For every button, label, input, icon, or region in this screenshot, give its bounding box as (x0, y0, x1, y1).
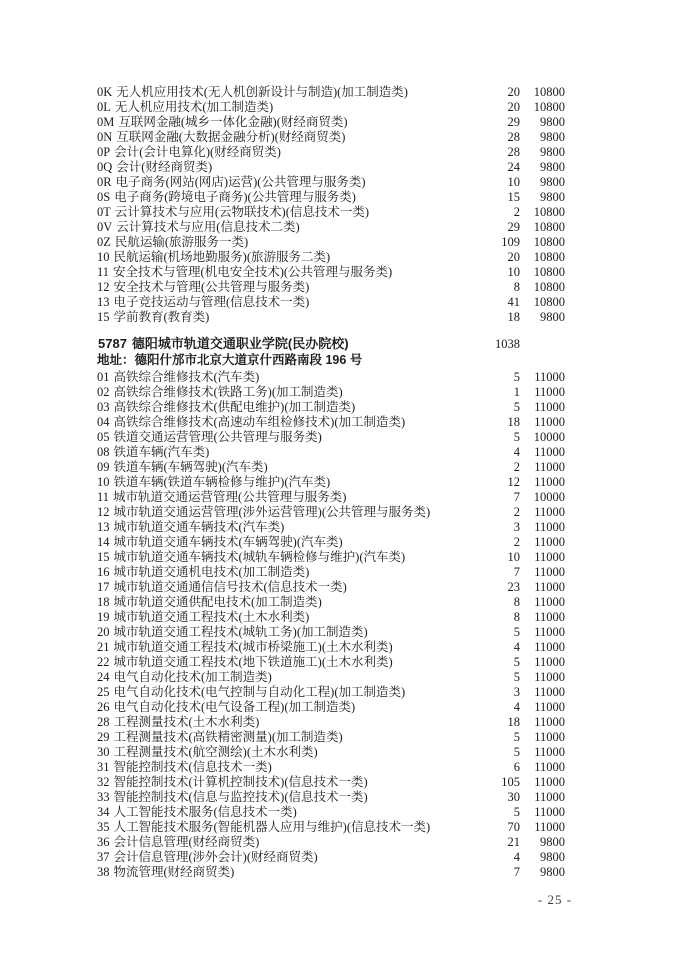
program-name: 工程测量技术(航空测绘)(土木水利类) (114, 745, 318, 759)
program-row: 0S电子商务(跨境电子商务)(公共管理与服务类) 15 9800 (0, 190, 680, 205)
program-row: 12安全技术与管理(公共管理与服务类) 8 10800 (0, 280, 680, 295)
program-code: 31 (97, 760, 110, 774)
program-list-continued: 0K无人机应用技术(无人机创新设计与制造)(加工制造类) 20 10800 0L… (0, 85, 680, 325)
program-code: 11 (97, 490, 109, 504)
program-code: 33 (97, 790, 110, 804)
program-list-school: 01高铁综合维修技术(汽车类) 5 11000 02高铁综合维修技术(铁路工务)… (0, 370, 680, 880)
program-label: 35人工智能技术服务(智能机器人应用与维护)(信息技术一类) (97, 820, 430, 835)
program-name: 铁道车辆(铁道车辆检修与维护)(汽车类) (114, 475, 331, 489)
program-fee: 9800 (460, 190, 565, 205)
program-code: 0S (97, 190, 110, 204)
program-name: 城市轨道交通工程技术(地下铁道施工)(土木水利类) (114, 655, 393, 669)
program-fee: 11000 (460, 805, 565, 820)
document-content: 0K无人机应用技术(无人机创新设计与制造)(加工制造类) 20 10800 0L… (0, 85, 680, 880)
program-fee: 11000 (460, 745, 565, 760)
program-row: 08铁道车辆(汽车类) 4 11000 (0, 445, 680, 460)
program-code: 21 (97, 640, 110, 654)
program-row: 26电气自动化技术(电气设备工程)(加工制造类) 4 11000 (0, 700, 680, 715)
program-name: 电子商务(跨境电子商务)(公共管理与服务类) (114, 190, 356, 204)
program-code: 0P (97, 145, 110, 159)
program-code: 05 (97, 430, 110, 444)
program-row: 28工程测量技术(土木水利类) 18 11000 (0, 715, 680, 730)
program-fee: 11000 (460, 370, 565, 385)
program-fee: 9800 (460, 865, 565, 880)
program-label: 12城市轨道交通运营管理(涉外运营管理)(公共管理与服务类) (97, 505, 430, 520)
program-name: 智能控制技术(信息技术一类) (114, 760, 272, 774)
program-row: 0N互联网金融(大数据金融分析)(财经商贸类) 28 9800 (0, 130, 680, 145)
program-fee: 10800 (460, 250, 565, 265)
program-name: 互联网金融(城乡一体化金融)(财经商贸类) (118, 115, 347, 129)
program-fee: 11000 (460, 640, 565, 655)
program-code: 35 (97, 820, 110, 834)
program-code: 25 (97, 685, 110, 699)
program-code: 12 (97, 505, 110, 519)
program-code: 29 (97, 730, 110, 744)
program-name: 城市轨道交通车辆技术(汽车类) (114, 520, 285, 534)
program-label: 0L无人机应用技术(加工制造类) (97, 100, 273, 115)
program-name: 城市轨道交通通信信号技术(信息技术一类) (114, 580, 347, 594)
program-name: 云计算技术与应用(信息技术二类) (116, 220, 299, 234)
program-name: 人工智能技术服务(信息技术一类) (114, 805, 297, 819)
program-code: 15 (97, 310, 110, 324)
program-fee: 10800 (460, 295, 565, 310)
program-code: 0M (97, 115, 114, 129)
program-label: 16城市轨道交通机电技术(加工制造类) (97, 565, 309, 580)
program-name: 人工智能技术服务(智能机器人应用与维护)(信息技术一类) (114, 820, 431, 834)
program-fee: 10800 (460, 280, 565, 295)
program-label: 0K无人机应用技术(无人机创新设计与制造)(加工制造类) (97, 85, 408, 100)
program-row: 17城市轨道交通通信信号技术(信息技术一类) 23 11000 (0, 580, 680, 595)
program-row: 32智能控制技术(计算机控制技术)(信息技术一类) 105 11000 (0, 775, 680, 790)
program-row: 15学前教育(教育类) 18 9800 (0, 310, 680, 325)
program-label: 36会计信息管理(财经商贸类) (97, 835, 259, 850)
program-label: 25电气自动化技术(电气控制与自动化工程)(加工制造类) (97, 685, 405, 700)
program-row: 01高铁综合维修技术(汽车类) 5 11000 (0, 370, 680, 385)
program-label: 30工程测量技术(航空测绘)(土木水利类) (97, 745, 318, 760)
program-fee: 10800 (460, 205, 565, 220)
program-label: 0T云计算技术与应用(云物联技术)(信息技术一类) (97, 205, 369, 220)
program-label: 31智能控制技术(信息技术一类) (97, 760, 272, 775)
program-fee: 11000 (460, 715, 565, 730)
program-name: 铁道交通运营管理(公共管理与服务类) (114, 430, 322, 444)
program-name: 高铁综合维修技术(高速动车组检修技术)(加工制造类) (114, 415, 406, 429)
program-fee: 10000 (460, 430, 565, 445)
program-name: 电子竞技运动与管理(信息技术一类) (114, 295, 310, 309)
program-fee: 10000 (460, 490, 565, 505)
program-name: 高铁综合维修技术(汽车类) (114, 370, 260, 384)
page-number: - 25 - (515, 892, 595, 908)
program-label: 18城市轨道交通供配电技术(加工制造类) (97, 595, 322, 610)
program-row: 37会计信息管理(涉外会计)(财经商贸类) 4 9800 (0, 850, 680, 865)
program-label: 09铁道车辆(车辆驾驶)(汽车类) (97, 460, 268, 475)
program-label: 01高铁综合维修技术(汽车类) (97, 370, 259, 385)
program-name: 安全技术与管理(机电安全技术)(公共管理与服务类) (113, 265, 392, 279)
program-fee: 9800 (460, 310, 565, 325)
school-total-quota: 1038 (420, 336, 520, 352)
program-label: 14城市轨道交通车辆技术(车辆驾驶)(汽车类) (97, 535, 343, 550)
program-code: 30 (97, 745, 110, 759)
program-code: 26 (97, 700, 110, 714)
program-label: 13电子竞技运动与管理(信息技术一类) (97, 295, 309, 310)
program-fee: 10800 (460, 220, 565, 235)
program-fee: 11000 (460, 460, 565, 475)
program-name: 智能控制技术(计算机控制技术)(信息技术一类) (114, 775, 368, 789)
program-name: 城市轨道交通运营管理(公共管理与服务类) (113, 490, 346, 504)
program-name: 无人机应用技术(无人机创新设计与制造)(加工制造类) (116, 85, 408, 99)
program-label: 26电气自动化技术(电气设备工程)(加工制造类) (97, 700, 355, 715)
program-code: 08 (97, 445, 110, 459)
program-row: 11安全技术与管理(机电安全技术)(公共管理与服务类) 10 10800 (0, 265, 680, 280)
program-label: 05铁道交通运营管理(公共管理与服务类) (97, 430, 322, 445)
program-label: 29工程测量技术(高铁精密测量)(加工制造类) (97, 730, 343, 745)
program-code: 0N (97, 130, 112, 144)
program-row: 11城市轨道交通运营管理(公共管理与服务类) 7 10000 (0, 490, 680, 505)
program-row: 10铁道车辆(铁道车辆检修与维护)(汽车类) 12 11000 (0, 475, 680, 490)
program-label: 04高铁综合维修技术(高速动车组检修技术)(加工制造类) (97, 415, 405, 430)
program-name: 城市轨道交通运营管理(涉外运营管理)(公共管理与服务类) (114, 505, 431, 519)
program-name: 学前教育(教育类) (114, 310, 210, 324)
program-code: 11 (97, 265, 109, 279)
program-code: 0T (97, 205, 111, 219)
program-row: 04高铁综合维修技术(高速动车组检修技术)(加工制造类) 18 11000 (0, 415, 680, 430)
program-fee: 9800 (460, 145, 565, 160)
program-code: 13 (97, 295, 110, 309)
program-row: 18城市轨道交通供配电技术(加工制造类) 8 11000 (0, 595, 680, 610)
program-label: 12安全技术与管理(公共管理与服务类) (97, 280, 309, 295)
program-label: 03高铁综合维修技术(供配电维护)(加工制造类) (97, 400, 355, 415)
program-row: 15城市轨道交通车辆技术(城轨车辆检修与维护)(汽车类) 10 11000 (0, 550, 680, 565)
program-fee: 9800 (460, 835, 565, 850)
program-name: 电子商务(网站(网店)运营)(公共管理与服务类) (116, 175, 366, 189)
program-code: 14 (97, 535, 110, 549)
program-code: 04 (97, 415, 110, 429)
program-fee: 9800 (460, 160, 565, 175)
program-row: 24电气自动化技术(加工制造类) 5 11000 (0, 670, 680, 685)
program-code: 10 (97, 475, 110, 489)
program-label: 32智能控制技术(计算机控制技术)(信息技术一类) (97, 775, 368, 790)
program-row: 30工程测量技术(航空测绘)(土木水利类) 5 11000 (0, 745, 680, 760)
program-row: 22城市轨道交通工程技术(地下铁道施工)(土木水利类) 5 11000 (0, 655, 680, 670)
program-code: 20 (97, 625, 110, 639)
program-label: 24电气自动化技术(加工制造类) (97, 670, 272, 685)
program-code: 02 (97, 385, 110, 399)
program-row: 0R电子商务(网站(网店)运营)(公共管理与服务类) 10 9800 (0, 175, 680, 190)
program-row: 35人工智能技术服务(智能机器人应用与维护)(信息技术一类) 70 11000 (0, 820, 680, 835)
program-row: 0L无人机应用技术(加工制造类) 20 10800 (0, 100, 680, 115)
program-code: 09 (97, 460, 110, 474)
program-label: 0N互联网金融(大数据金融分析)(财经商贸类) (97, 130, 345, 145)
program-name: 工程测量技术(土木水利类) (114, 715, 260, 729)
program-row: 16城市轨道交通机电技术(加工制造类) 7 11000 (0, 565, 680, 580)
program-fee: 11000 (460, 475, 565, 490)
school-name: 德阳城市轨道交通职业学院(民办院校) (132, 336, 349, 351)
program-code: 38 (97, 865, 110, 879)
program-fee: 9800 (460, 175, 565, 190)
program-fee: 11000 (460, 760, 565, 775)
school-address-line: 地址：德阳什邡市北京大道京什西路南段 196 号 (0, 352, 680, 368)
program-row: 29工程测量技术(高铁精密测量)(加工制造类) 5 11000 (0, 730, 680, 745)
program-name: 安全技术与管理(公共管理与服务类) (114, 280, 310, 294)
program-name: 云计算技术与应用(云物联技术)(信息技术一类) (115, 205, 369, 219)
program-code: 0L (97, 100, 111, 114)
program-fee: 11000 (460, 580, 565, 595)
program-code: 17 (97, 580, 110, 594)
program-name: 城市轨道交通车辆技术(车辆驾驶)(汽车类) (114, 535, 343, 549)
program-fee: 10800 (460, 100, 565, 115)
program-label: 0S电子商务(跨境电子商务)(公共管理与服务类) (97, 190, 356, 205)
program-row: 0Z民航运输(旅游服务一类) 109 10800 (0, 235, 680, 250)
program-row: 20城市轨道交通工程技术(城轨工务)(加工制造类) 5 11000 (0, 625, 680, 640)
program-code: 16 (97, 565, 110, 579)
program-code: 0V (97, 220, 112, 234)
program-fee: 11000 (460, 685, 565, 700)
program-fee: 11000 (460, 625, 565, 640)
program-code: 0Q (97, 160, 112, 174)
program-fee: 11000 (460, 610, 565, 625)
program-fee: 11000 (460, 535, 565, 550)
document-page: 0K无人机应用技术(无人机创新设计与制造)(加工制造类) 20 10800 0L… (0, 0, 680, 962)
program-fee: 9800 (460, 850, 565, 865)
program-label: 34人工智能技术服务(信息技术一类) (97, 805, 297, 820)
program-label: 37会计信息管理(涉外会计)(财经商贸类) (97, 850, 318, 865)
program-label: 19城市轨道交通工程技术(土木水利类) (97, 610, 309, 625)
program-fee: 9800 (460, 130, 565, 145)
program-code: 12 (97, 280, 110, 294)
program-row: 09铁道车辆(车辆驾驶)(汽车类) 2 11000 (0, 460, 680, 475)
program-label: 38物流管理(财经商贸类) (97, 865, 234, 880)
program-code: 10 (97, 250, 110, 264)
program-row: 33智能控制技术(信息与监控技术)(信息技术一类) 30 11000 (0, 790, 680, 805)
program-label: 28工程测量技术(土木水利类) (97, 715, 259, 730)
program-label: 0Q会计(财经商贸类) (97, 160, 212, 175)
school-code: 5787 (98, 336, 127, 351)
school-address: 地址：德阳什邡市北京大道京什西路南段 196 号 (97, 352, 362, 368)
program-label: 02高铁综合维修技术(铁路工务)(加工制造类) (97, 385, 343, 400)
program-label: 0R电子商务(网站(网店)运营)(公共管理与服务类) (97, 175, 366, 190)
program-name: 物流管理(财经商贸类) (114, 865, 235, 879)
program-code: 28 (97, 715, 110, 729)
school-header: 5787德阳城市轨道交通职业学院(民办院校) 1038 (0, 336, 680, 352)
program-name: 高铁综合维修技术(供配电维护)(加工制造类) (114, 400, 356, 414)
program-row: 0M互联网金融(城乡一体化金融)(财经商贸类) 29 9800 (0, 115, 680, 130)
program-label: 0V云计算技术与应用(信息技术二类) (97, 220, 300, 235)
program-label: 21城市轨道交通工程技术(城市桥梁施工)(土木水利类) (97, 640, 393, 655)
program-code: 15 (97, 550, 110, 564)
program-name: 铁道车辆(车辆驾驶)(汽车类) (114, 460, 268, 474)
program-label: 0P会计(会计电算化)(财经商贸类) (97, 145, 281, 160)
program-fee: 11000 (460, 550, 565, 565)
program-name: 城市轨道交通工程技术(土木水利类) (114, 610, 310, 624)
program-fee: 11000 (460, 565, 565, 580)
program-row: 0K无人机应用技术(无人机创新设计与制造)(加工制造类) 20 10800 (0, 85, 680, 100)
program-label: 33智能控制技术(信息与监控技术)(信息技术一类) (97, 790, 368, 805)
program-row: 38物流管理(财经商贸类) 7 9800 (0, 865, 680, 880)
program-name: 民航运输(机场地勤服务)(旅游服务二类) (114, 250, 331, 264)
program-code: 37 (97, 850, 110, 864)
program-fee: 9800 (460, 115, 565, 130)
program-row: 12城市轨道交通运营管理(涉外运营管理)(公共管理与服务类) 2 11000 (0, 505, 680, 520)
program-code: 34 (97, 805, 110, 819)
program-label: 22城市轨道交通工程技术(地下铁道施工)(土木水利类) (97, 655, 393, 670)
program-row: 0Q会计(财经商贸类) 24 9800 (0, 160, 680, 175)
program-label: 15城市轨道交通车辆技术(城轨车辆检修与维护)(汽车类) (97, 550, 405, 565)
program-row: 10民航运输(机场地勤服务)(旅游服务二类) 20 10800 (0, 250, 680, 265)
program-name: 无人机应用技术(加工制造类) (115, 100, 273, 114)
program-fee: 11000 (460, 595, 565, 610)
school-title: 5787德阳城市轨道交通职业学院(民办院校) (98, 336, 349, 352)
program-name: 会计(财经商贸类) (116, 160, 212, 174)
program-row: 0T云计算技术与应用(云物联技术)(信息技术一类) 2 10800 (0, 205, 680, 220)
program-label: 15学前教育(教育类) (97, 310, 209, 325)
program-fee: 11000 (460, 730, 565, 745)
program-row: 21城市轨道交通工程技术(城市桥梁施工)(土木水利类) 4 11000 (0, 640, 680, 655)
program-fee: 11000 (460, 670, 565, 685)
program-fee: 11000 (460, 700, 565, 715)
program-fee: 11000 (460, 400, 565, 415)
program-label: 11城市轨道交通运营管理(公共管理与服务类) (97, 490, 346, 505)
program-row: 0V云计算技术与应用(信息技术二类) 29 10800 (0, 220, 680, 235)
program-label: 17城市轨道交通通信信号技术(信息技术一类) (97, 580, 347, 595)
program-name: 城市轨道交通车辆技术(城轨车辆检修与维护)(汽车类) (114, 550, 406, 564)
program-name: 会计信息管理(涉外会计)(财经商贸类) (114, 850, 318, 864)
program-name: 民航运输(旅游服务一类) (115, 235, 248, 249)
program-label: 13城市轨道交通车辆技术(汽车类) (97, 520, 284, 535)
program-name: 互联网金融(大数据金融分析)(财经商贸类) (116, 130, 345, 144)
program-label: 08铁道车辆(汽车类) (97, 445, 209, 460)
program-name: 城市轨道交通工程技术(城轨工务)(加工制造类) (114, 625, 368, 639)
program-fee: 11000 (460, 505, 565, 520)
program-name: 城市轨道交通供配电技术(加工制造类) (114, 595, 322, 609)
program-fee: 11000 (460, 445, 565, 460)
program-fee: 11000 (460, 820, 565, 835)
program-row: 19城市轨道交通工程技术(土木水利类) 8 11000 (0, 610, 680, 625)
program-row: 34人工智能技术服务(信息技术一类) 5 11000 (0, 805, 680, 820)
program-fee: 11000 (460, 415, 565, 430)
program-name: 会计(会计电算化)(财经商贸类) (114, 145, 281, 159)
program-code: 32 (97, 775, 110, 789)
program-row: 36会计信息管理(财经商贸类) 21 9800 (0, 835, 680, 850)
program-name: 工程测量技术(高铁精密测量)(加工制造类) (114, 730, 343, 744)
program-fee: 11000 (460, 775, 565, 790)
program-name: 电气自动化技术(电气设备工程)(加工制造类) (114, 700, 356, 714)
program-code: 0K (97, 85, 112, 99)
program-row: 02高铁综合维修技术(铁路工务)(加工制造类) 1 11000 (0, 385, 680, 400)
program-fee: 10800 (460, 265, 565, 280)
program-label: 11安全技术与管理(机电安全技术)(公共管理与服务类) (97, 265, 392, 280)
program-name: 城市轨道交通工程技术(城市桥梁施工)(土木水利类) (114, 640, 393, 654)
program-fee: 11000 (460, 520, 565, 535)
program-fee: 11000 (460, 655, 565, 670)
program-code: 19 (97, 610, 110, 624)
program-fee: 10800 (460, 235, 565, 250)
program-label: 0M互联网金融(城乡一体化金融)(财经商贸类) (97, 115, 348, 130)
program-row: 03高铁综合维修技术(供配电维护)(加工制造类) 5 11000 (0, 400, 680, 415)
program-label: 20城市轨道交通工程技术(城轨工务)(加工制造类) (97, 625, 368, 640)
program-row: 14城市轨道交通车辆技术(车辆驾驶)(汽车类) 2 11000 (0, 535, 680, 550)
program-fee: 11000 (460, 385, 565, 400)
program-code: 18 (97, 595, 110, 609)
program-name: 城市轨道交通机电技术(加工制造类) (114, 565, 310, 579)
program-row: 25电气自动化技术(电气控制与自动化工程)(加工制造类) 3 11000 (0, 685, 680, 700)
program-name: 高铁综合维修技术(铁路工务)(加工制造类) (114, 385, 343, 399)
program-label: 0Z民航运输(旅游服务一类) (97, 235, 248, 250)
program-row: 13城市轨道交通车辆技术(汽车类) 3 11000 (0, 520, 680, 535)
program-code: 13 (97, 520, 110, 534)
program-label: 10民航运输(机场地勤服务)(旅游服务二类) (97, 250, 330, 265)
program-fee: 10800 (460, 85, 565, 100)
program-code: 0R (97, 175, 112, 189)
program-code: 36 (97, 835, 110, 849)
program-label: 10铁道车辆(铁道车辆检修与维护)(汽车类) (97, 475, 330, 490)
program-row: 05铁道交通运营管理(公共管理与服务类) 5 10000 (0, 430, 680, 445)
program-name: 铁道车辆(汽车类) (114, 445, 210, 459)
program-name: 智能控制技术(信息与监控技术)(信息技术一类) (114, 790, 368, 804)
program-code: 22 (97, 655, 110, 669)
program-code: 01 (97, 370, 110, 384)
program-name: 会计信息管理(财经商贸类) (114, 835, 260, 849)
program-code: 0Z (97, 235, 111, 249)
program-row: 31智能控制技术(信息技术一类) 6 11000 (0, 760, 680, 775)
program-code: 24 (97, 670, 110, 684)
program-row: 0P会计(会计电算化)(财经商贸类) 28 9800 (0, 145, 680, 160)
program-name: 电气自动化技术(加工制造类) (114, 670, 272, 684)
program-name: 电气自动化技术(电气控制与自动化工程)(加工制造类) (114, 685, 406, 699)
program-code: 03 (97, 400, 110, 414)
program-row: 13电子竞技运动与管理(信息技术一类) 41 10800 (0, 295, 680, 310)
program-fee: 11000 (460, 790, 565, 805)
